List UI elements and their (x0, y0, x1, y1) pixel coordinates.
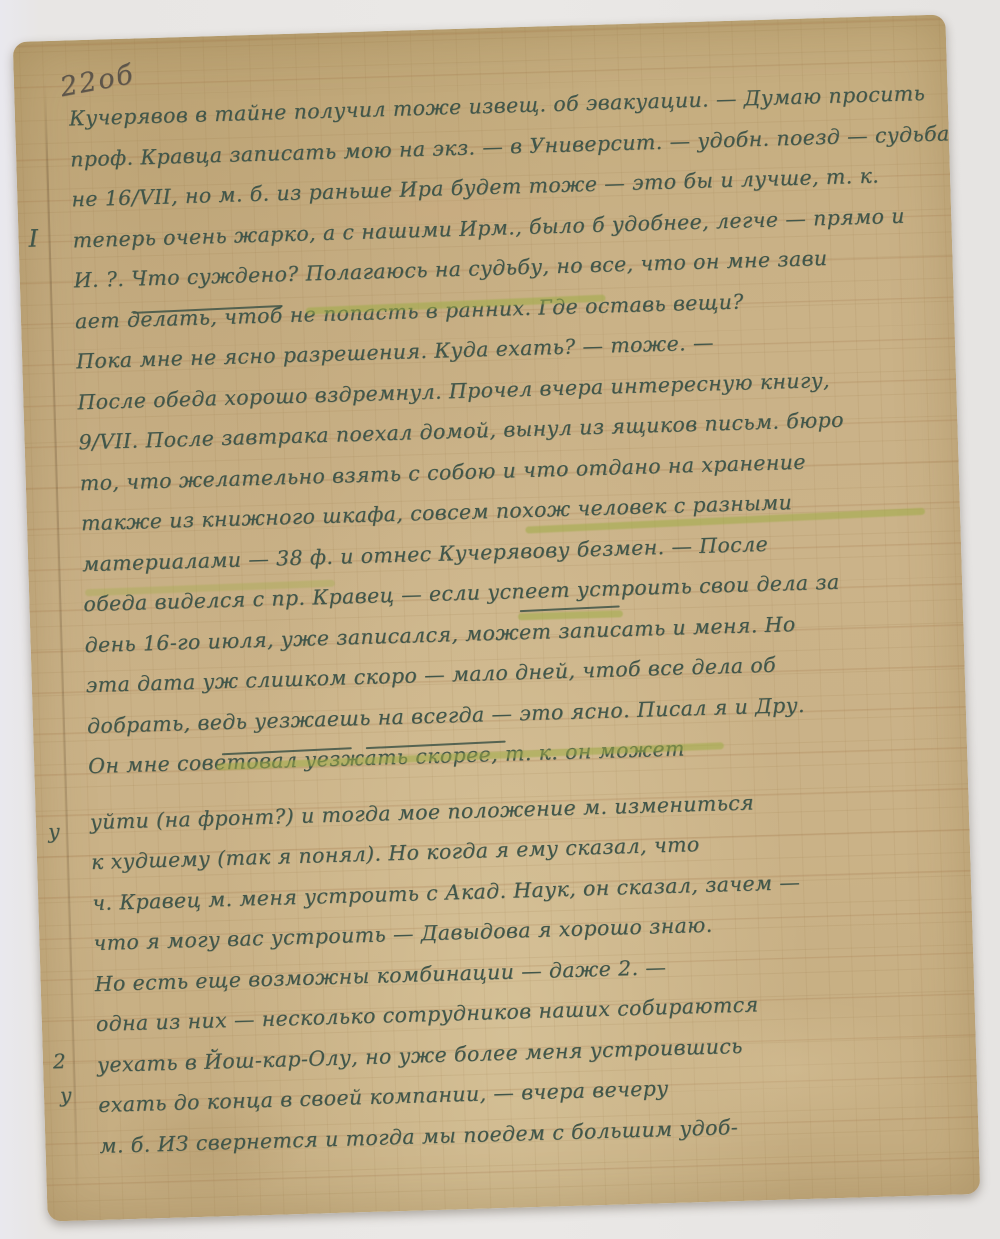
handwritten-text-block: Кучерявов в тайне получил тоже извещ. об… (68, 73, 952, 1166)
margin-mark: 2 (53, 1049, 66, 1073)
margin-mark: у (48, 819, 60, 843)
margin-mark: I (28, 224, 38, 252)
diary-paper-sheet: 22об Кучерявов в тайне получил тоже изве… (13, 14, 981, 1221)
scanned-diary-page: { "document": { "page_number": "22об", "… (0, 0, 1000, 1239)
margin-mark: у (60, 1083, 72, 1107)
